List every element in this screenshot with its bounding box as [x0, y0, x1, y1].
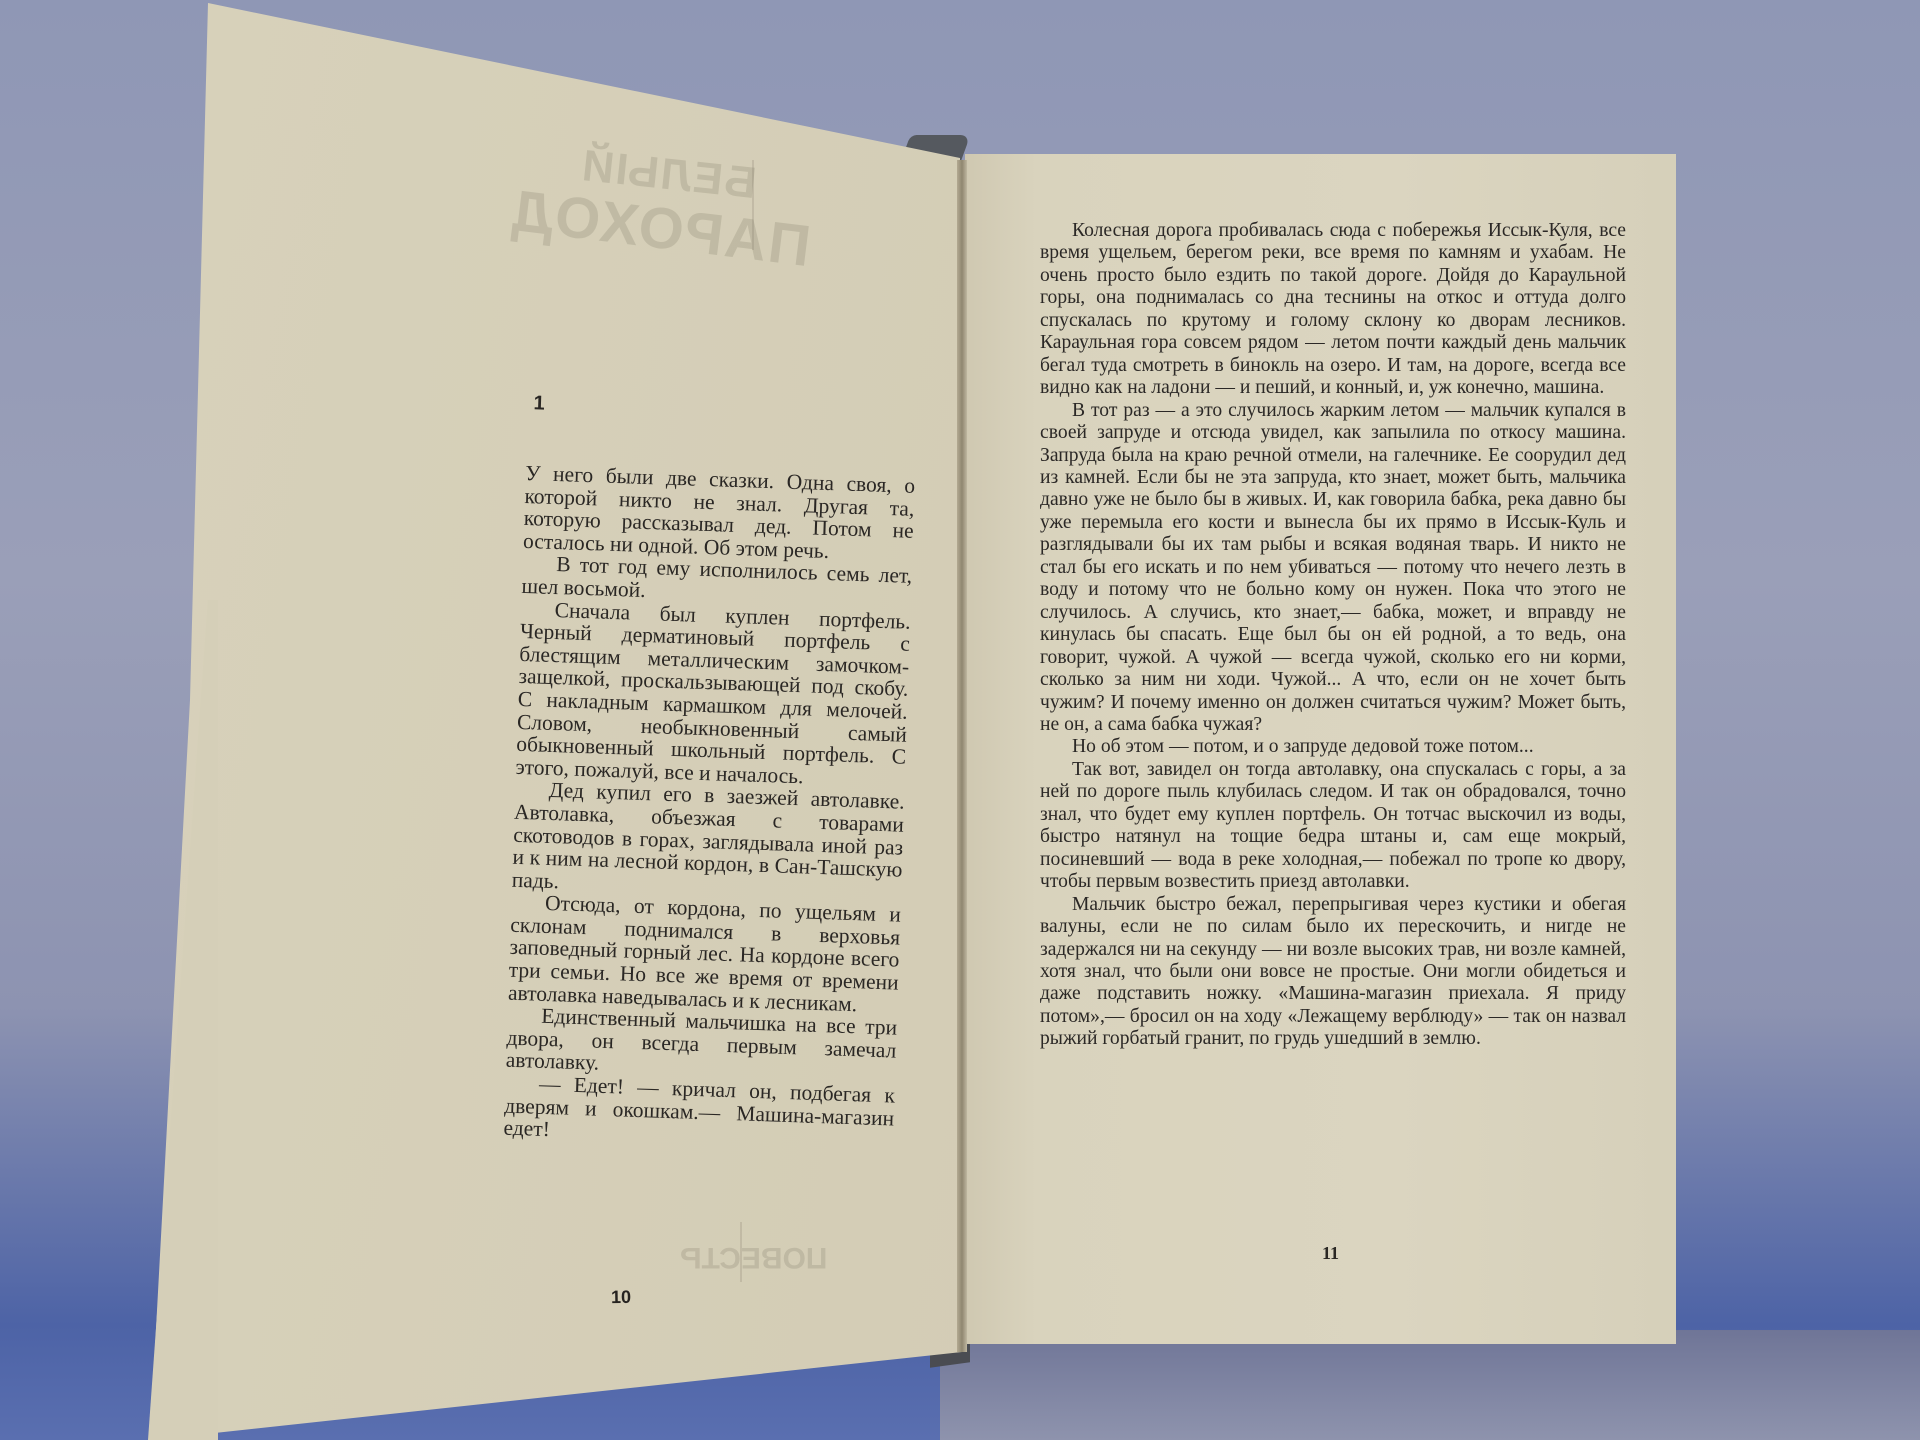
paragraph: Колесная дорога пробивалась сюда с побер…	[1040, 220, 1626, 400]
paragraph: У него были две сказки. Одна своя, о кот…	[523, 462, 916, 565]
paragraph: Сначала был куплен портфель. Черный дерм…	[515, 597, 911, 791]
page-number-right: 11	[1322, 1243, 1339, 1264]
show-through-bottom-label: ПОВЕСТЬ	[680, 1240, 827, 1274]
table-shadow	[940, 1330, 1920, 1440]
paragraph: В тот раз — а это случилось жарким летом…	[1040, 400, 1626, 737]
photo-scene: БЕЛЫЙ ПАРОХОД ПОВЕСТЬ 1 У него были две …	[0, 0, 1920, 1440]
paragraph: Мальчик быстро бежал, перепрыгивая через…	[1040, 894, 1626, 1051]
paragraph: Отсюда, от кордона, по ущельям и склонам…	[508, 891, 902, 1017]
page-number-left: 10	[611, 1287, 631, 1308]
book-gutter	[957, 160, 967, 1352]
paragraph: Так вот, завидел он тогда автолавку, она…	[1040, 759, 1626, 894]
paragraph: — Едет! — кричал он, подбегая к дверям и…	[503, 1072, 895, 1153]
paragraph: Но об этом — потом, и о запруде дедовой …	[1040, 736, 1626, 758]
show-through-rule	[752, 160, 754, 250]
left-page-text: 1 У него были две сказки. Одна своя, о к…	[503, 392, 918, 1152]
paragraph: Дед купил его в заезжей автолавке. Автол…	[511, 778, 905, 904]
left-page-edge	[148, 600, 218, 1440]
right-page-text: Колесная дорога пробивалась сюда с побер…	[1040, 220, 1626, 1051]
show-through-rule-bottom	[740, 1222, 742, 1282]
